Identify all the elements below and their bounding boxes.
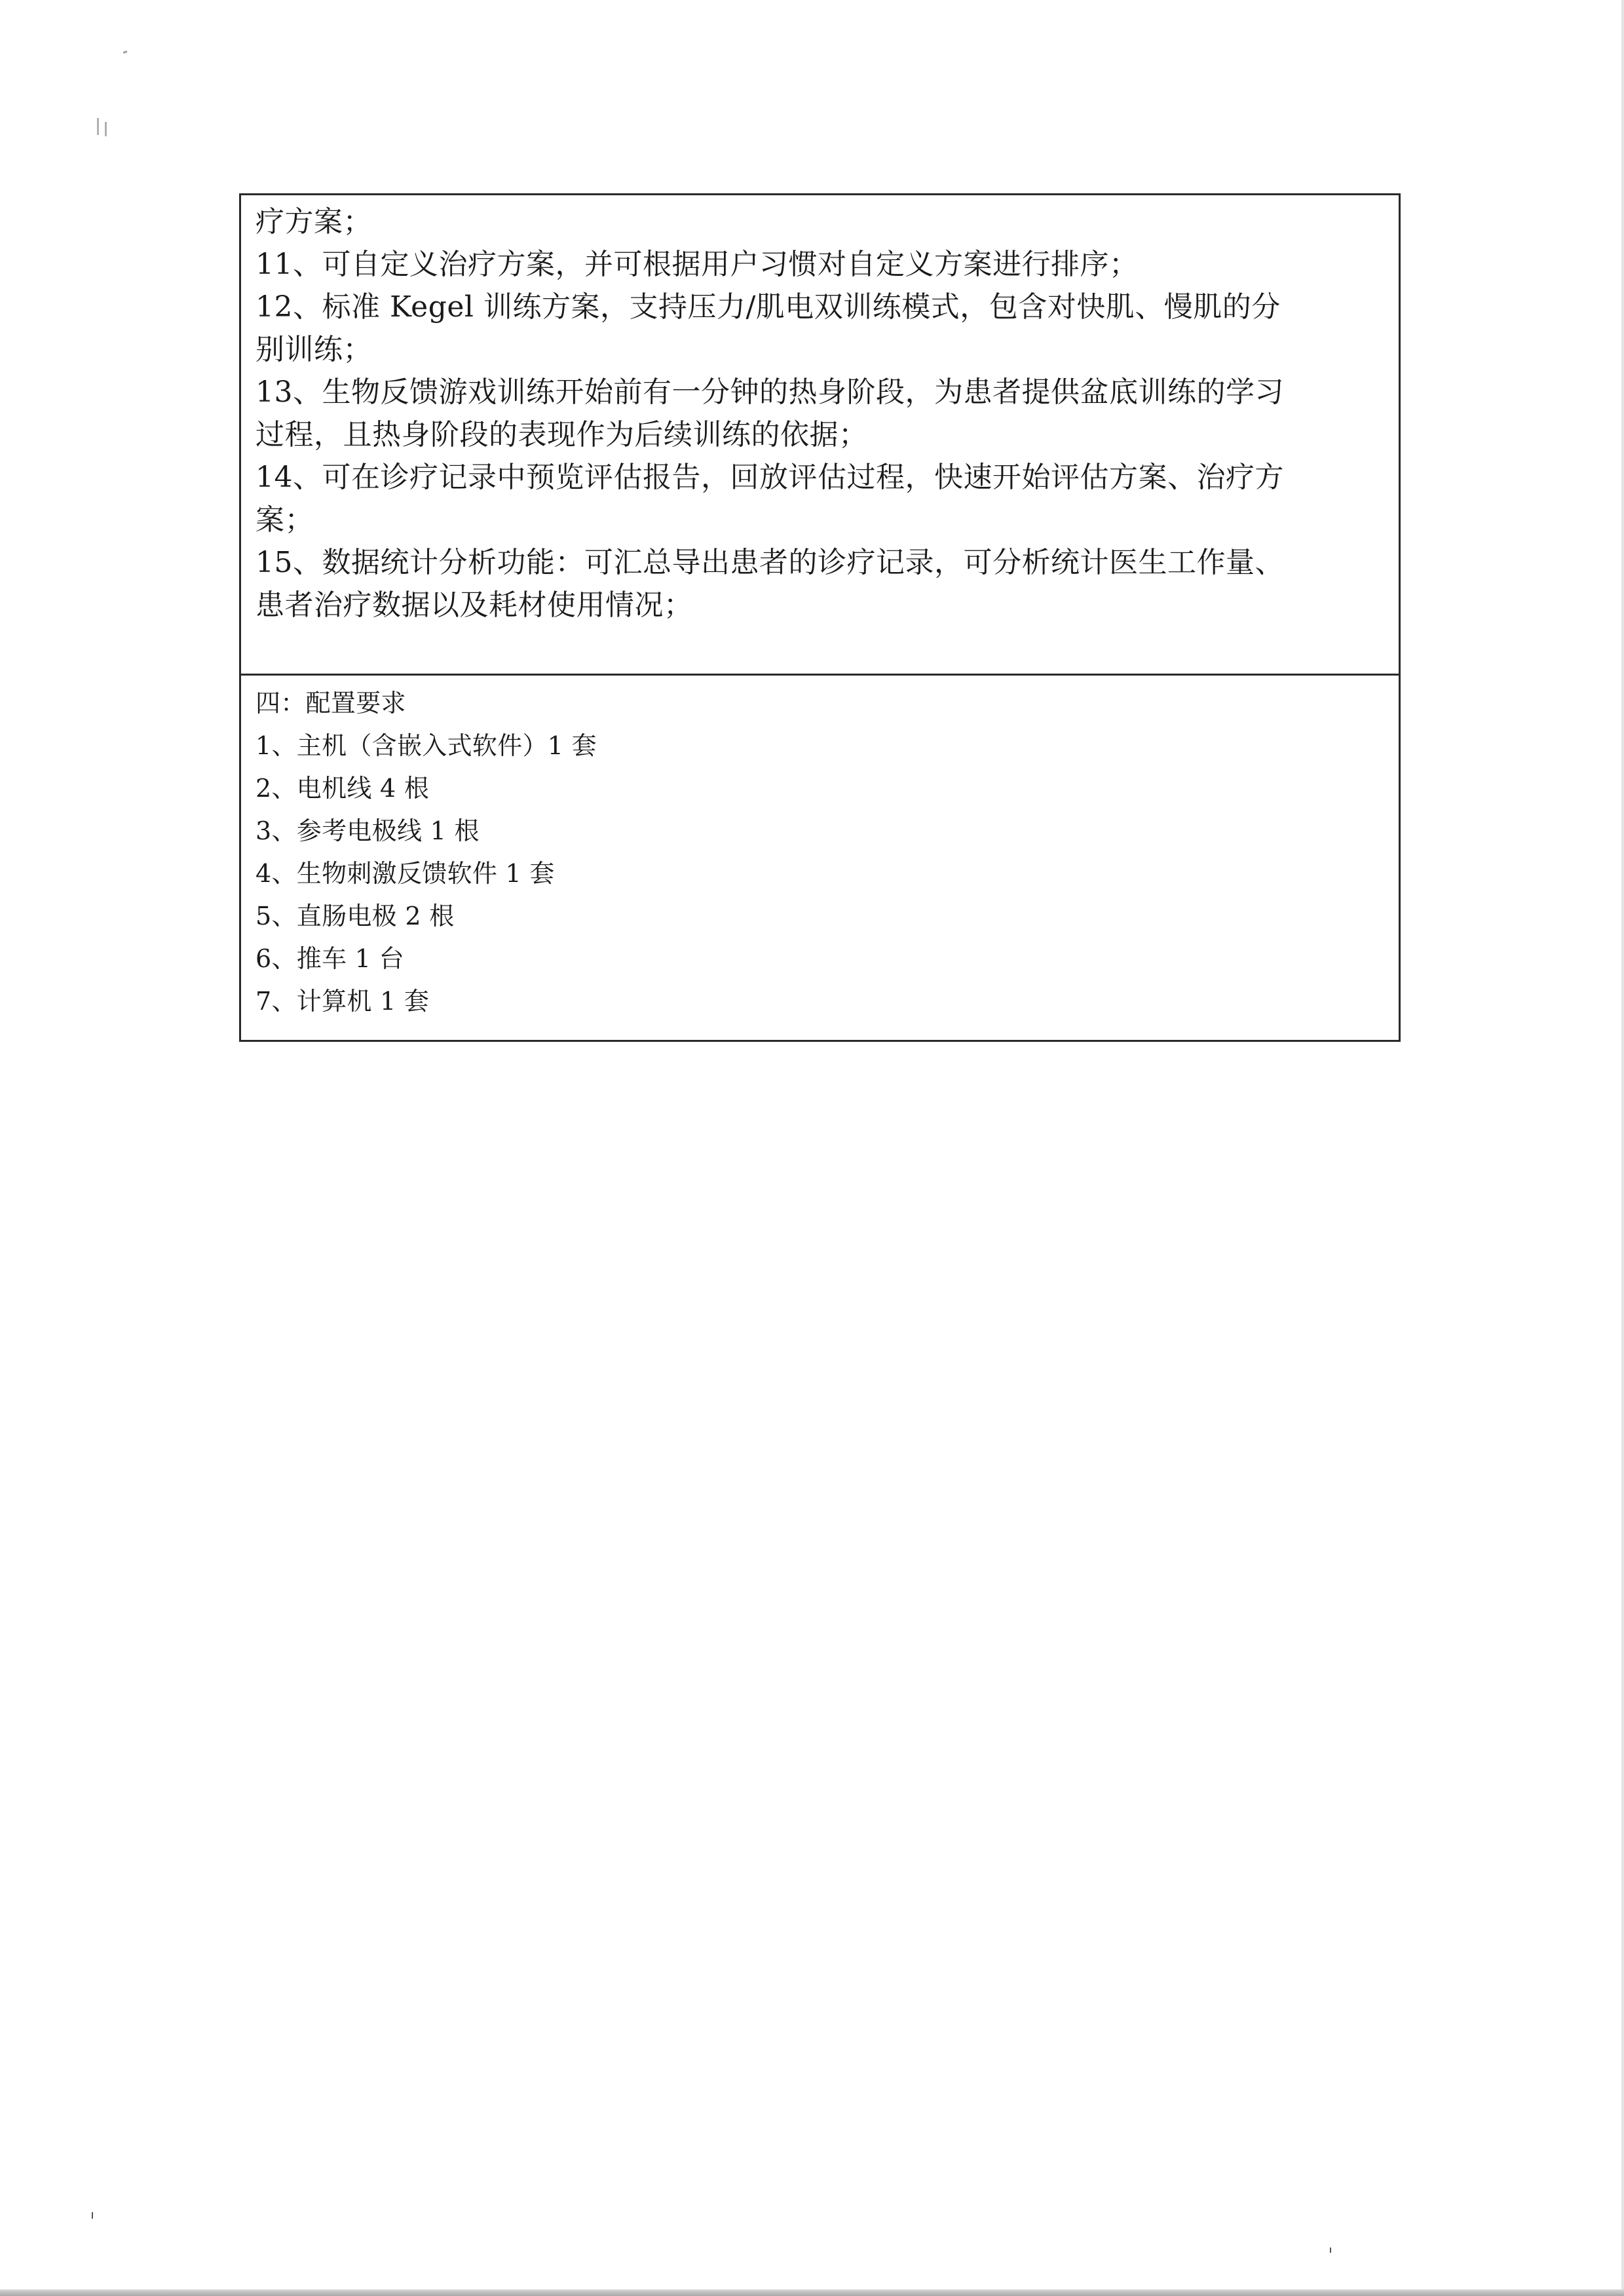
scan-speck: [92, 2212, 93, 2219]
config-item: 3、参考电极线 1 根: [255, 810, 1384, 852]
config-item: 7、计算机 1 套: [255, 980, 1384, 1023]
config-item: 2、电机线 4 根: [255, 767, 1384, 810]
feature-item-13-cont: 过程，且热身阶段的表现作为后续训练的依据；: [255, 413, 1384, 456]
specification-table: 疗方案； 11、可自定义治疗方案，并可根据用户习惯对自定义方案进行排序； 12、…: [239, 193, 1401, 1042]
config-heading: 四：配置要求: [255, 682, 1384, 725]
feature-item-13: 13、生物反馈游戏训练开始前有一分钟的热身阶段，为患者提供盆底训练的学习: [255, 371, 1384, 413]
configuration-cell: 四：配置要求 1、主机（含嵌入式软件）1 套 2、电机线 4 根 3、参考电极线…: [241, 676, 1399, 1040]
config-item: 4、生物刺激反馈软件 1 套: [255, 852, 1384, 895]
scan-speck: [123, 50, 128, 54]
feature-item-12: 12、标准 Kegel 训练方案，支持压力/肌电双训练模式，包含对快肌、慢肌的分: [255, 286, 1384, 328]
continued-line: 疗方案；: [255, 201, 1384, 243]
feature-item-14: 14、可在诊疗记录中预览评估报告，回放评估过程，快速开始评估方案、治疗方: [255, 456, 1384, 499]
scan-speck: [105, 122, 107, 136]
config-item: 5、直肠电极 2 根: [255, 895, 1384, 938]
scan-edge-right: [1621, 0, 1624, 2296]
feature-item-15: 15、数据统计分析功能：可汇总导出患者的诊疗记录，可分析统计医生工作量、: [255, 541, 1384, 584]
feature-item-11: 11、可自定义治疗方案，并可根据用户习惯对自定义方案进行排序；: [255, 243, 1384, 286]
config-item: 1、主机（含嵌入式软件）1 套: [255, 725, 1384, 767]
scan-edge-bottom: [0, 2289, 1624, 2296]
scan-speck: [1330, 2248, 1331, 2253]
features-cell: 疗方案； 11、可自定义治疗方案，并可根据用户习惯对自定义方案进行排序； 12、…: [241, 195, 1399, 676]
config-item: 6、推车 1 台: [255, 938, 1384, 980]
feature-item-15-cont: 患者治疗数据以及耗材使用情况；: [255, 584, 1384, 626]
feature-item-14-cont: 案；: [255, 499, 1384, 541]
scan-speck: [97, 118, 99, 135]
feature-item-12-cont: 别训练；: [255, 328, 1384, 371]
scanned-page: 疗方案； 11、可自定义治疗方案，并可根据用户习惯对自定义方案进行排序； 12、…: [0, 0, 1624, 2296]
